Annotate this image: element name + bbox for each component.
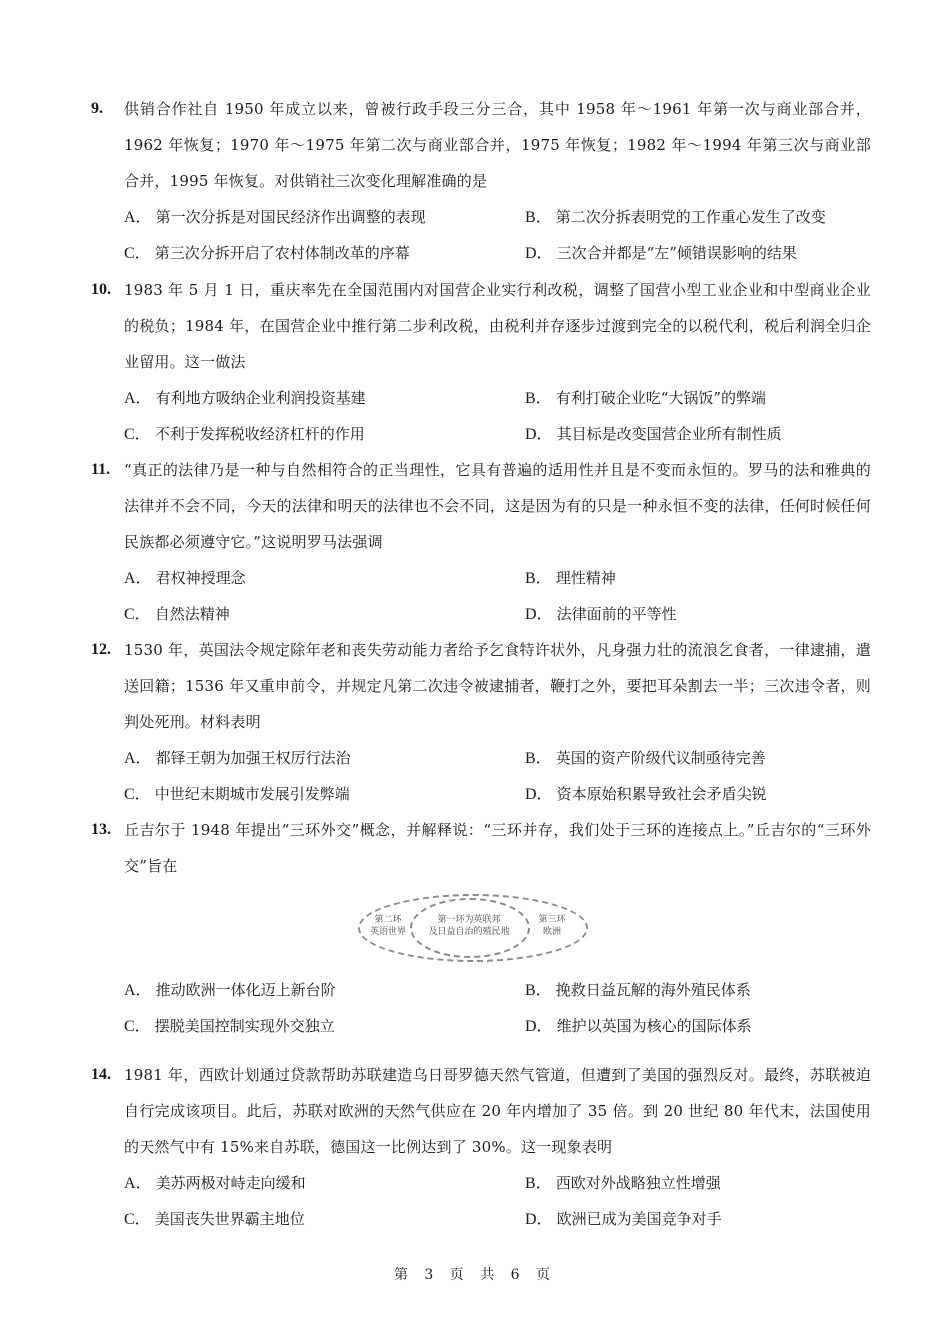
- option-c: C．第三次分拆开启了农村体制改革的序幕: [124, 235, 410, 272]
- question-13: 13. 丘吉尔于 1948 年提出“三环外交”概念，并解释说：“三环并存，我们处…: [91, 812, 871, 1044]
- exam-page: 9. 供销合作社自 1950 年成立以来，曾被行政手段三分三合，其中 1958 …: [0, 0, 950, 1344]
- question-number: 14.: [91, 1057, 111, 1093]
- question-stem: 1981 年，西欧计划通过贷款帮助苏联建造乌日哥罗德天然气管道，但遭到了美国的强…: [124, 1057, 871, 1165]
- options: A．第一次分拆是对国民经济作出调整的表现 B．第二次分拆表明党的工作重心发生了改…: [124, 199, 871, 271]
- option-d: D．维护以英国为核心的国际体系: [525, 1008, 752, 1045]
- question-number: 11.: [91, 452, 110, 488]
- option-c: C．摆脱美国控制实现外交独立: [124, 1008, 335, 1045]
- question-number: 13.: [91, 812, 111, 848]
- option-b: B．第二次分拆表明党的工作重心发生了改变: [525, 199, 826, 236]
- question-stem: 1983 年 5 月 1 日，重庆率先在全国范围内对国营企业实行利改税，调整了国…: [124, 272, 871, 380]
- option-d: D．欧洲已成为美国竞争对手: [525, 1201, 722, 1238]
- option-a: A．推动欧洲一体化迈上新台阶: [124, 972, 336, 1009]
- diagram-label-third-circle: 第三环 欧洲: [530, 914, 574, 938]
- option-b: B．理性精神: [525, 560, 616, 597]
- option-a: A．都铎王朝为加强王权厉行法治: [124, 740, 351, 777]
- question-10: 10. 1983 年 5 月 1 日，重庆率先在全国范围内对国营企业实行利改税，…: [91, 272, 871, 452]
- option-d: D．三次合并都是“左”倾错误影响的结果: [525, 235, 797, 272]
- options: A．美苏两极对峙走向缓和 B．西欧对外战略独立性增强 C．美国丧失世界霸主地位 …: [124, 1165, 871, 1237]
- option-b: B．有利打破企业吃“大锅饭”的弊端: [525, 380, 766, 417]
- option-c: C．不利于发挥税收经济杠杆的作用: [124, 416, 365, 453]
- question-9: 9. 供销合作社自 1950 年成立以来，曾被行政手段三分三合，其中 1958 …: [91, 91, 871, 271]
- question-12: 12. 1530 年，英国法令规定除年老和丧失劳动能力者给予乞食特许状外，凡身强…: [91, 632, 871, 812]
- options: A．有利地方吸纳企业利润投资基建 B．有利打破企业吃“大锅饭”的弊端 C．不利于…: [124, 380, 871, 452]
- question-stem: 丘吉尔于 1948 年提出“三环外交”概念，并解释说：“三环并存，我们处于三环的…: [124, 812, 871, 884]
- option-c: C．美国丧失世界霸主地位: [124, 1201, 305, 1238]
- option-b: B．英国的资产阶级代议制亟待完善: [525, 740, 766, 777]
- question-stem: 1530 年，英国法令规定除年老和丧失劳动能力者给予乞食特许状外，凡身强力壮的流…: [124, 632, 871, 740]
- option-d: D．法律面前的平等性: [525, 596, 677, 633]
- question-14: 14. 1981 年，西欧计划通过贷款帮助苏联建造乌日哥罗德天然气管道，但遭到了…: [91, 1057, 871, 1237]
- option-a: A．美苏两极对峙走向缓和: [124, 1165, 306, 1202]
- question-number: 9.: [91, 91, 103, 127]
- diagram-label-second-circle: 第二环 英语世界: [366, 914, 410, 938]
- option-b: B．挽救日益瓦解的海外殖民体系: [525, 972, 751, 1009]
- diagram-label-first-circle: 第一环为英联邦 及日益自治的殖民地: [414, 914, 524, 938]
- options: A．都铎王朝为加强王权厉行法治 B．英国的资产阶级代议制亟待完善 C．中世纪末期…: [124, 740, 871, 812]
- question-number: 12.: [91, 632, 111, 668]
- question-stem: “真正的法律乃是一种与自然相符合的正当理性，它具有普遍的适用性并且是不变而永恒的…: [124, 452, 871, 560]
- option-b: B．西欧对外战略独立性增强: [525, 1165, 721, 1202]
- option-a: A．有利地方吸纳企业利润投资基建: [124, 380, 366, 417]
- page-footer: 第 3 页 共 6 页: [0, 1264, 950, 1284]
- option-a: A．第一次分拆是对国民经济作出调整的表现: [124, 199, 426, 236]
- option-d: D．其目标是改变国营企业所有制性质: [525, 416, 782, 453]
- option-d: D．资本原始积累导致社会矛盾尖锐: [525, 776, 767, 813]
- options: A．推动欧洲一体化迈上新台阶 B．挽救日益瓦解的海外殖民体系 C．摆脱美国控制实…: [124, 972, 871, 1044]
- three-circles-diagram: 第二环 英语世界 第一环为英联邦 及日益自治的殖民地 第三环 欧洲: [358, 892, 588, 962]
- question-11: 11. “真正的法律乃是一种与自然相符合的正当理性，它具有普遍的适用性并且是不变…: [91, 452, 871, 632]
- option-a: A．君权神授理念: [124, 560, 246, 597]
- options: A．君权神授理念 B．理性精神 C．自然法精神 D．法律面前的平等性: [124, 560, 871, 632]
- option-c: C．中世纪末期城市发展引发弊端: [124, 776, 350, 813]
- question-stem: 供销合作社自 1950 年成立以来，曾被行政手段三分三合，其中 1958 年～1…: [124, 91, 871, 199]
- question-number: 10.: [91, 272, 111, 308]
- option-c: C．自然法精神: [124, 596, 230, 633]
